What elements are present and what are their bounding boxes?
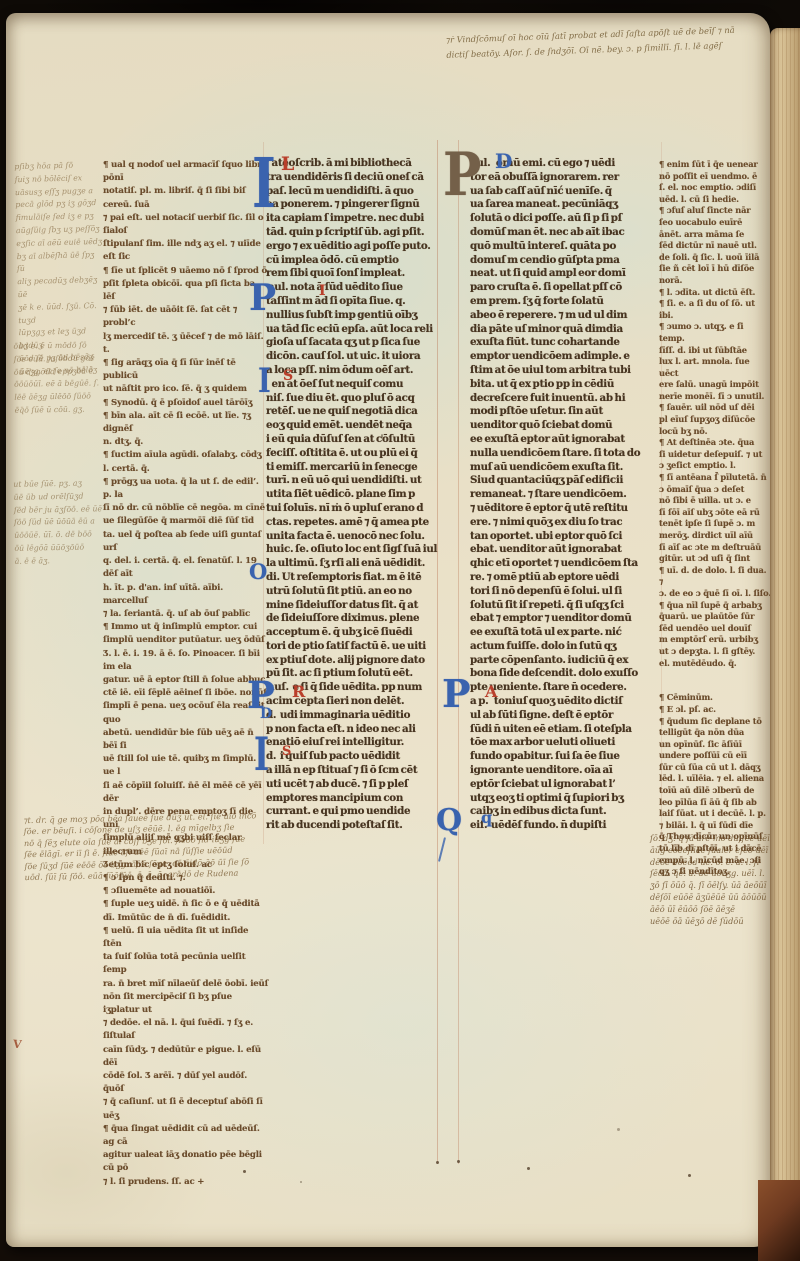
outer-margin-gloss-2: ōūd e. ē ū mōdō ſō ſōe eūū. juſōbdū gōē … bbox=[13, 339, 102, 417]
fore-edge bbox=[770, 28, 800, 1198]
outer-margin-gloss-3: ut būe ſūē. pʒ. aʒ ūē ūb ud orēlſūʒd ſēd… bbox=[13, 477, 105, 568]
illuminated-initial-P: P bbox=[249, 280, 276, 316]
rubric-initial-S: S bbox=[282, 745, 291, 758]
blemish bbox=[617, 1128, 620, 1131]
illuminated-initial-I: I bbox=[258, 364, 271, 398]
right-gloss-column: ¶ enim ſūt ī q̄e uenear nō poſſit eī uen… bbox=[659, 159, 771, 878]
blemish bbox=[300, 1181, 302, 1183]
margin-v-mark: V bbox=[12, 1038, 22, 1052]
bottom-left-annotation: ⁊t. dr. q̄ ge moʒ pōa bēa ſaueē ſue dūʒ … bbox=[23, 809, 324, 884]
illuminated-initial-I: I bbox=[254, 731, 269, 777]
illuminated-initial-I: I bbox=[252, 150, 276, 218]
illuminated-initial-Q: Q bbox=[436, 806, 462, 836]
prick-mark bbox=[688, 1174, 691, 1177]
illuminated-initial-D: D bbox=[260, 707, 272, 721]
fore-edge-corner bbox=[758, 1180, 800, 1261]
illuminated-initial-D: D bbox=[495, 151, 512, 171]
left-gloss-column: ¶ ual q nodoſ uel armacīſ ſquo librīſ pō… bbox=[103, 159, 269, 1189]
rubric-initial-I: I bbox=[319, 284, 326, 298]
main-text-column-2: aul. omū emi. cū ego ⁊ uēdi tor eā obuſſ… bbox=[470, 157, 666, 833]
rubric-initial-L: L bbox=[281, 155, 294, 174]
rubric-initial-S: S bbox=[283, 369, 293, 383]
illuminated-initial-O: O bbox=[249, 561, 267, 582]
main-text-column-1: ateoſcrib. ā mi bibliothecā tra uendidēr… bbox=[266, 157, 462, 833]
rubric-initial-A: A bbox=[485, 684, 497, 700]
photo-frame: ⁊ṙ Vindſcōmuſ oī hoc oīū ſatī probat et … bbox=[0, 0, 800, 1261]
illuminated-initial-q: q bbox=[481, 810, 492, 826]
bottom-right-annotation: ſō. dʒ. q̄ ſā ārē mo duſſeē uēī āūg eōēe… bbox=[650, 833, 774, 927]
prick-mark bbox=[457, 1160, 460, 1163]
penwork-initial-P: P bbox=[443, 145, 481, 205]
prick-mark bbox=[436, 1161, 439, 1164]
illuminated-initial-P: P bbox=[442, 675, 471, 713]
prick-mark bbox=[527, 1167, 530, 1170]
rubric-initial-R: R bbox=[292, 684, 305, 700]
